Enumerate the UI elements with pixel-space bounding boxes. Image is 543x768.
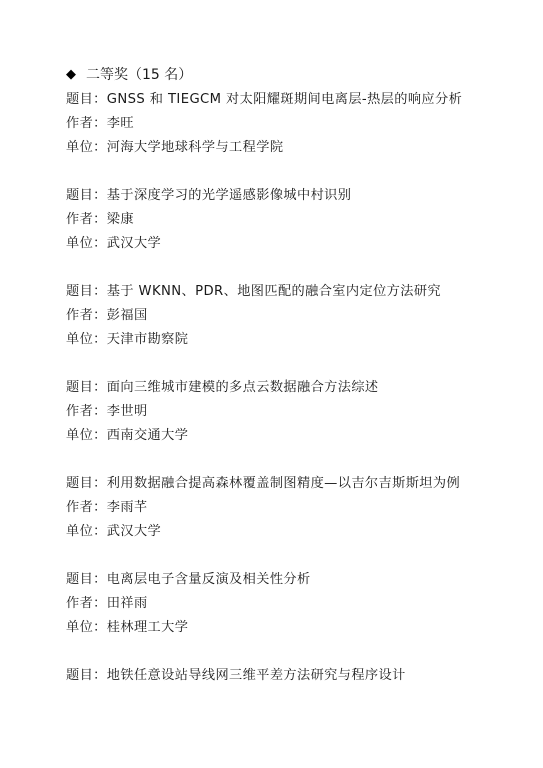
entry-unit-line: 单位：河海大学地球科学与工程学院 (66, 136, 526, 160)
entry-title: 地铁任意设站导线网三维平差方法研究与程序设计 (107, 668, 406, 683)
author-label: 作者： (66, 212, 107, 227)
award-entry: 题目：基于深度学习的光学遥感影像城中村识别 作者：梁康 单位：武汉大学 (66, 184, 526, 256)
title-label: 题目： (66, 572, 107, 587)
award-entry: 题目：面向三维城市建模的多点云数据融合方法综述 作者：李世明 单位：西南交通大学 (66, 376, 526, 448)
entry-title: GNSS 和 TIEGCM 对太阳耀斑期间电离层-热层的响应分析 (107, 92, 462, 107)
award-entry: 题目：利用数据融合提高森林覆盖制图精度—以吉尔吉斯斯坦为例 作者：李雨芊 单位：… (66, 472, 526, 544)
unit-label: 单位： (66, 236, 107, 251)
unit-label: 单位： (66, 140, 107, 155)
entry-unit: 武汉大学 (107, 236, 161, 251)
entry-title: 基于 WKNN、PDR、地图匹配的融合室内定位方法研究 (107, 284, 441, 299)
award-entry: 题目：地铁任意设站导线网三维平差方法研究与程序设计 (66, 664, 526, 688)
diamond-icon: ◆ (66, 64, 80, 86)
author-label: 作者： (66, 596, 107, 611)
entry-unit: 河海大学地球科学与工程学院 (107, 140, 284, 155)
unit-label: 单位： (66, 428, 107, 443)
entry-title: 电离层电子含量反演及相关性分析 (107, 572, 311, 587)
award-entry: 题目：GNSS 和 TIEGCM 对太阳耀斑期间电离层-热层的响应分析 作者：李… (66, 88, 526, 160)
title-label: 题目： (66, 380, 107, 395)
author-label: 作者： (66, 308, 107, 323)
section-title: 二等奖（15 名） (86, 64, 192, 86)
entry-title: 基于深度学习的光学遥感影像城中村识别 (107, 188, 352, 203)
entry-unit: 天津市勘察院 (107, 332, 189, 347)
entry-unit-line: 单位：西南交通大学 (66, 424, 526, 448)
entry-title: 利用数据融合提高森林覆盖制图精度—以吉尔吉斯斯坦为例 (107, 476, 460, 491)
unit-label: 单位： (66, 620, 107, 635)
title-label: 题目： (66, 188, 107, 203)
entry-author-line: 作者：彭福国 (66, 304, 526, 328)
entry-title: 面向三维城市建模的多点云数据融合方法综述 (107, 380, 379, 395)
entry-unit-line: 单位：桂林理工大学 (66, 616, 526, 640)
entry-author: 李雨芊 (107, 500, 148, 515)
entry-author-line: 作者：田祥雨 (66, 592, 526, 616)
title-label: 题目： (66, 476, 107, 491)
section-heading: ◆ 二等奖（15 名） (66, 64, 526, 86)
award-list-page: ◆ 二等奖（15 名） 题目：GNSS 和 TIEGCM 对太阳耀斑期间电离层-… (66, 64, 526, 712)
title-label: 题目： (66, 284, 107, 299)
entry-author: 李世明 (107, 404, 148, 419)
entry-title-line: 题目：面向三维城市建模的多点云数据融合方法综述 (66, 376, 526, 400)
entry-title-line: 题目：基于 WKNN、PDR、地图匹配的融合室内定位方法研究 (66, 280, 526, 304)
entry-author: 梁康 (107, 212, 134, 227)
entry-title-line: 题目：利用数据融合提高森林覆盖制图精度—以吉尔吉斯斯坦为例 (66, 472, 526, 496)
author-label: 作者： (66, 500, 107, 515)
entry-author-line: 作者：李雨芊 (66, 496, 526, 520)
award-entry: 题目：基于 WKNN、PDR、地图匹配的融合室内定位方法研究 作者：彭福国 单位… (66, 280, 526, 352)
entry-author-line: 作者：梁康 (66, 208, 526, 232)
entry-unit-line: 单位：天津市勘察院 (66, 328, 526, 352)
unit-label: 单位： (66, 332, 107, 347)
title-label: 题目： (66, 668, 107, 683)
entry-unit: 桂林理工大学 (107, 620, 189, 635)
entry-author: 彭福国 (107, 308, 148, 323)
award-entry: 题目：电离层电子含量反演及相关性分析 作者：田祥雨 单位：桂林理工大学 (66, 568, 526, 640)
entry-unit: 西南交通大学 (107, 428, 189, 443)
entry-unit-line: 单位：武汉大学 (66, 232, 526, 256)
entry-title-line: 题目：GNSS 和 TIEGCM 对太阳耀斑期间电离层-热层的响应分析 (66, 88, 526, 112)
entry-author: 李旺 (107, 116, 134, 131)
author-label: 作者： (66, 116, 107, 131)
entry-unit: 武汉大学 (107, 524, 161, 539)
author-label: 作者： (66, 404, 107, 419)
title-label: 题目： (66, 92, 107, 107)
entry-author-line: 作者：李世明 (66, 400, 526, 424)
entry-title-line: 题目：基于深度学习的光学遥感影像城中村识别 (66, 184, 526, 208)
unit-label: 单位： (66, 524, 107, 539)
entry-unit-line: 单位：武汉大学 (66, 520, 526, 544)
entry-title-line: 题目：电离层电子含量反演及相关性分析 (66, 568, 526, 592)
entry-author-line: 作者：李旺 (66, 112, 526, 136)
entry-author: 田祥雨 (107, 596, 148, 611)
entry-title-line: 题目：地铁任意设站导线网三维平差方法研究与程序设计 (66, 664, 526, 688)
